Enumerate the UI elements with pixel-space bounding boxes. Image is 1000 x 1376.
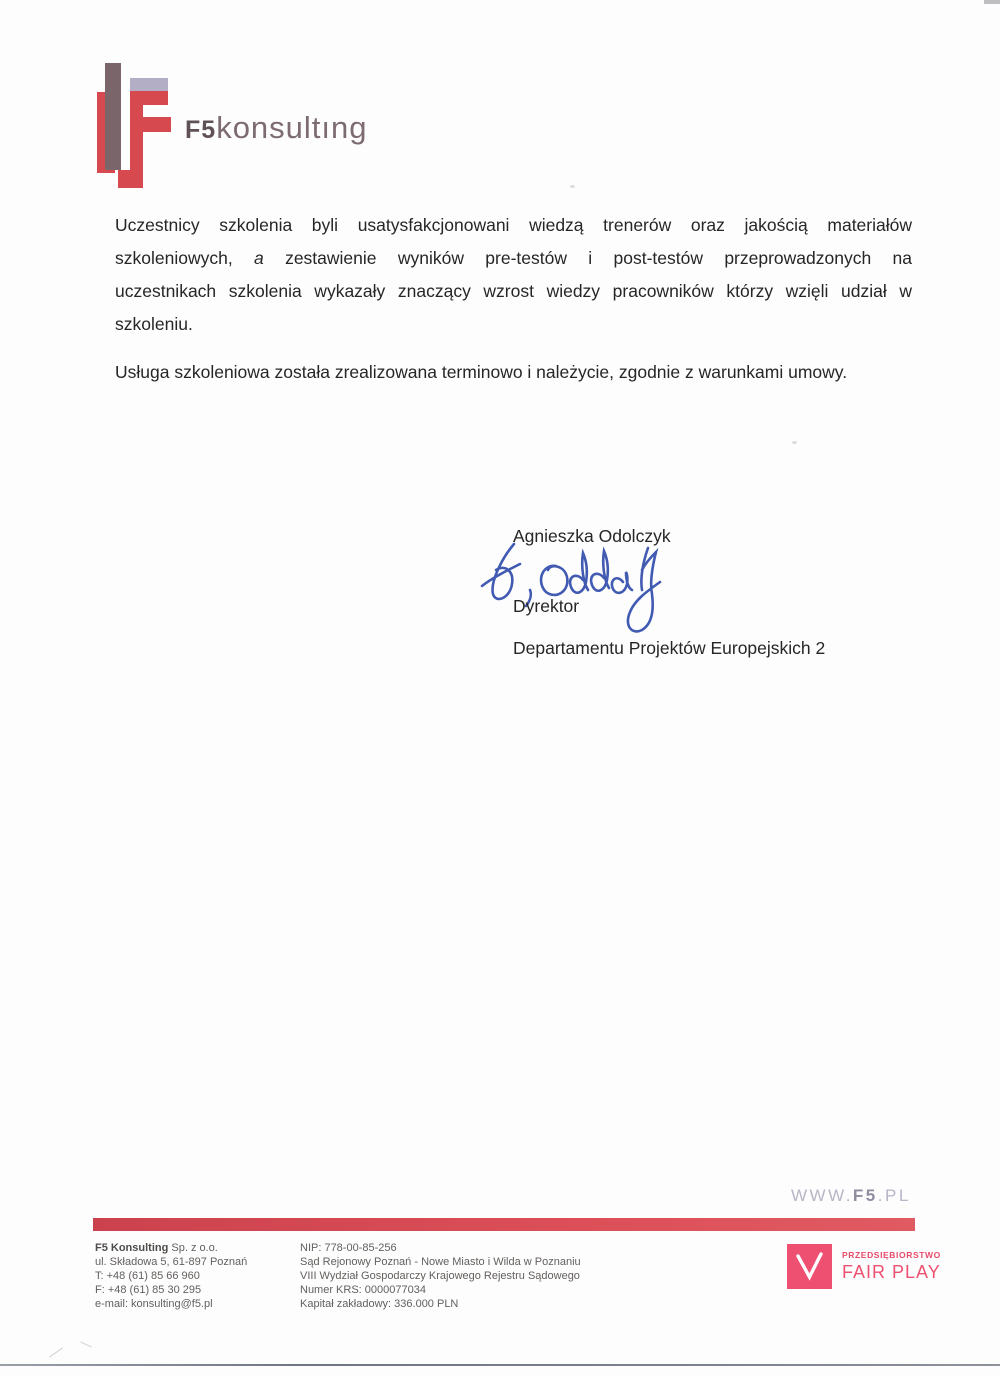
brand-wordmark: F5konsultıng [185, 110, 368, 146]
company-capital: Kapitał zakładowy: 336.000 PLN [300, 1297, 581, 1311]
line-segment: zestawienie wyników pre-testów i post-te… [264, 248, 912, 268]
paragraph-line: uczestnikach szkolenia wykazały znaczący… [115, 275, 912, 308]
pencil-mark [49, 1348, 63, 1358]
brand-bold: F5 [185, 116, 216, 144]
logo-f-cap-lavender [130, 78, 168, 91]
handwritten-signature [480, 538, 678, 636]
logo-f-arm [143, 117, 171, 132]
line-segment: szkoleniowych, [115, 248, 254, 268]
scan-smudge [984, 0, 1000, 4]
company-fax: F: +48 (61) 85 30 295 [95, 1283, 247, 1297]
scan-speck [570, 185, 575, 188]
fairplay-wordmark: PRZEDSIĘBIORSTWO FAIR PLAY [842, 1250, 941, 1283]
signatory-department: Departamentu Projektów Europejskich 2 [513, 638, 825, 659]
scan-speck [792, 441, 797, 444]
scan-edge-line [0, 1364, 1000, 1366]
company-email: e-mail: konsulting@f5.pl [95, 1297, 247, 1311]
footer-company-info: F5 Konsulting Sp. z o.o. ul. Składowa 5,… [95, 1241, 247, 1311]
body-paragraph-1: Uczestnicy szkolenia byli usatysfakcjono… [115, 209, 912, 341]
fairplay-logo [787, 1244, 832, 1289]
fairplay-label-large: FAIR PLAY [842, 1262, 941, 1283]
signatory-title: Dyrektor [513, 596, 579, 617]
company-address: ul. Składowa 5, 61-897 Poznań [95, 1255, 247, 1269]
fairplay-checkmark-icon [787, 1244, 832, 1289]
logo-dark-bar [105, 63, 121, 170]
paragraph-line: szkoleniowych, a zestawienie wyników pre… [115, 242, 912, 275]
logo-f-foot [118, 170, 143, 188]
court-line-1: Sąd Rejonowy Poznań - Nowe Miasto i Wild… [300, 1255, 581, 1269]
company-name-line: F5 Konsulting Sp. z o.o. [95, 1241, 247, 1255]
logo-f-stem [130, 105, 143, 170]
footer-divider-bar [93, 1218, 915, 1231]
scanned-letter-page: F5konsultıng Uczestnicy szkolenia byli u… [0, 0, 1000, 1376]
paragraph-line: Uczestnicy szkolenia byli usatysfakcjono… [115, 209, 912, 242]
website-bold: F5 [853, 1186, 878, 1205]
company-name-suffix: Sp. z o.o. [168, 1242, 218, 1254]
body-paragraph-2: Usługa szkoleniowa została zrealizowana … [115, 356, 935, 389]
website-url: WWW.F5.PL [791, 1186, 911, 1206]
line-segment-italic: a [254, 248, 264, 268]
website-prefix: WWW. [791, 1186, 853, 1205]
company-nip: NIP: 778-00-85-256 [300, 1241, 581, 1255]
brand-rest: konsultıng [216, 110, 367, 145]
company-phone: T: +48 (61) 85 66 960 [95, 1269, 247, 1283]
court-line-2: VIII Wydział Gospodarczy Krajowego Rejes… [300, 1269, 581, 1283]
paragraph-line: szkoleniu. [115, 308, 912, 341]
company-name: F5 Konsulting [95, 1242, 168, 1254]
company-krs: Numer KRS: 0000077034 [300, 1283, 581, 1297]
pencil-mark [80, 1342, 91, 1348]
logo-f-cap-red [130, 91, 168, 105]
website-suffix: .PL [878, 1186, 911, 1205]
fairplay-label-small: PRZEDSIĘBIORSTWO [842, 1250, 941, 1260]
footer-legal-info: NIP: 778-00-85-256 Sąd Rejonowy Poznań -… [300, 1241, 581, 1311]
